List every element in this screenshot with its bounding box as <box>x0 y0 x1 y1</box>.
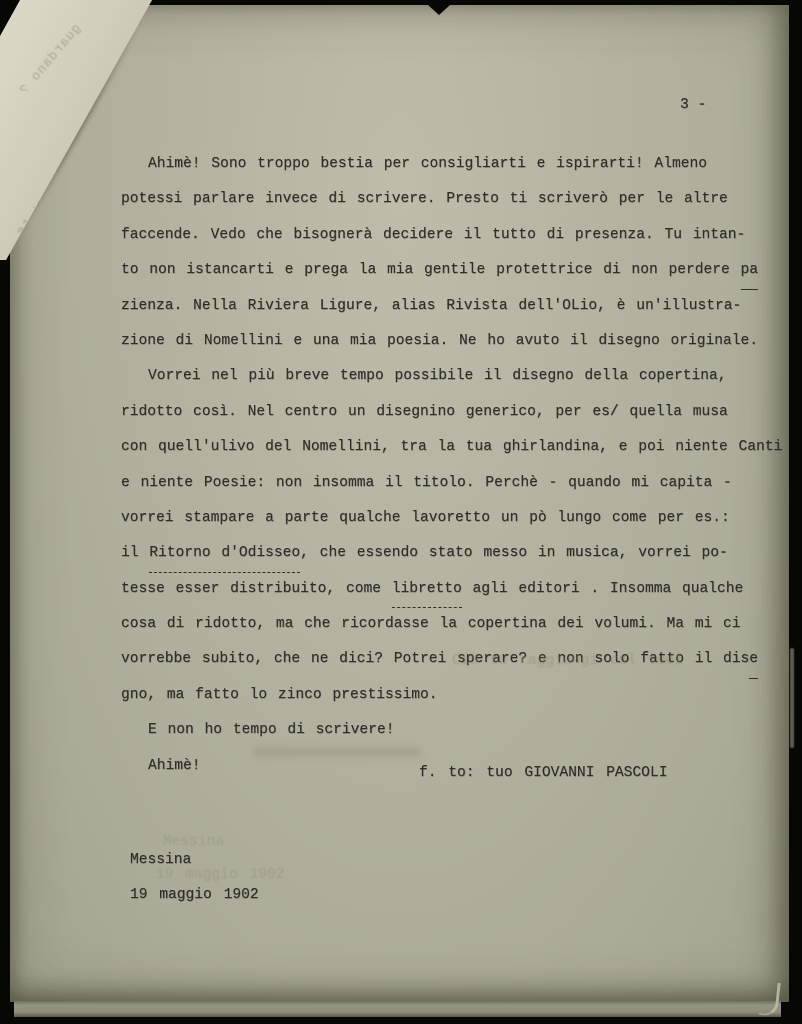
letter-line-segment: E non ho tempo di scrivere! <box>148 713 394 748</box>
bleed-through-text: 19 maggio 1902 <box>156 867 285 883</box>
scanned-letter-page: guardano ? di te 3 - Ahimè! Sono troppo … <box>0 0 802 1024</box>
letter-line: to non istancarti e prega la mia gentile… <box>121 253 791 288</box>
letter-line-segment: Vorrei nel più breve tempo possibile il … <box>148 359 727 394</box>
underlined-text: pa <box>741 253 759 289</box>
letter-line: Ahimè! Sono troppo bestia per consigliar… <box>121 147 791 182</box>
letter-line: E non ho tempo di scrivere! <box>121 713 791 748</box>
letter-line-segment: faccende. Vedo che bisognerà decidere il… <box>121 218 745 253</box>
letter-line: cosa di ridotto, ma che ricordasse la co… <box>121 607 791 642</box>
bleed-through-text: Messina <box>163 834 224 850</box>
letter-line-segment: agli editori . Insomma qualche <box>462 572 744 607</box>
letter-line: il Ritorno d'Odisseo, che essendo stato … <box>121 536 791 571</box>
letter-line-segment: , che essendo stato messo in musica, vor… <box>300 536 728 571</box>
letter-line-segment: to non istancarti e prega la mia gentile… <box>121 253 741 288</box>
underlined-text: libretto <box>392 572 462 608</box>
underlying-page-edge <box>14 1001 781 1017</box>
letter-line: Vorrei nel più breve tempo possibile il … <box>121 359 791 394</box>
fold-bleed-through-text: guardano ? <box>16 21 84 98</box>
letter-line: e niente Poesie: non insomma il titolo. … <box>121 466 791 501</box>
page-number: 3 - <box>680 97 706 113</box>
letter-line: con quell'ulivo del Nomellini, tra la tu… <box>121 430 791 465</box>
letter-line-segment: Ahimè! <box>148 749 201 784</box>
letter-line: tesse esser distribuito, come libretto a… <box>121 572 791 607</box>
letter-line-segment: potessi parlare invece di scrivere. Pres… <box>121 182 728 217</box>
letter-line-segment: gno, ma fatto lo zinco prestissimo. <box>121 678 438 713</box>
letter-line-segment: vorrei stampare a parte qualche lavorett… <box>121 501 730 536</box>
underlined-text: e <box>749 642 758 678</box>
letter-line: vorrei stampare a parte qualche lavorett… <box>121 501 791 536</box>
underlined-text: Ritorno d'Odisseo <box>149 536 300 572</box>
letter-line: potessi parlare invece di scrivere. Pres… <box>121 182 791 217</box>
letter-line-segment: tesse esser distribuito, come <box>121 572 392 607</box>
letter-line: zienza. Nella Riviera Ligure, alias Rivi… <box>121 289 791 324</box>
bleed-through-text: Ciò tu raggiungi col tuoi <box>452 653 683 669</box>
letter-line-segment: cosa di ridotto, ma che ricordasse la co… <box>121 607 741 642</box>
letter-line: zione di Nomellini e una mia poesia. Ne … <box>121 324 791 359</box>
letter-line: ridotto così. Nel centro un disegnino ge… <box>121 395 791 430</box>
bleed-through-smudge <box>252 746 422 758</box>
letter-line-segment: con quell'ulivo del Nomellini, tra la tu… <box>121 430 782 465</box>
letter-line-segment: ridotto così. Nel centro un disegnino ge… <box>121 395 728 430</box>
letter-line: gno, ma fatto lo zinco prestissimo. <box>121 678 791 713</box>
date-line: 19 maggio 1902 <box>130 887 259 903</box>
letter-body: Ahimè! Sono troppo bestia per consigliar… <box>121 147 791 784</box>
place-line: Messina <box>130 852 191 868</box>
letter-line-segment: Ahimè! Sono troppo bestia per consigliar… <box>148 147 707 182</box>
letter-line-segment: zione di Nomellini e una mia poesia. Ne … <box>121 324 758 359</box>
letter-line-segment: il <box>121 536 149 571</box>
letter-line: faccende. Vedo che bisognerà decidere il… <box>121 218 791 253</box>
letter-line-segment: zienza. Nella Riviera Ligure, alias Rivi… <box>121 289 741 324</box>
signature-line: f. to: tuo GIOVANNI PASCOLI <box>419 765 667 781</box>
letter-line-segment: e niente Poesie: non insomma il titolo. … <box>121 466 732 501</box>
